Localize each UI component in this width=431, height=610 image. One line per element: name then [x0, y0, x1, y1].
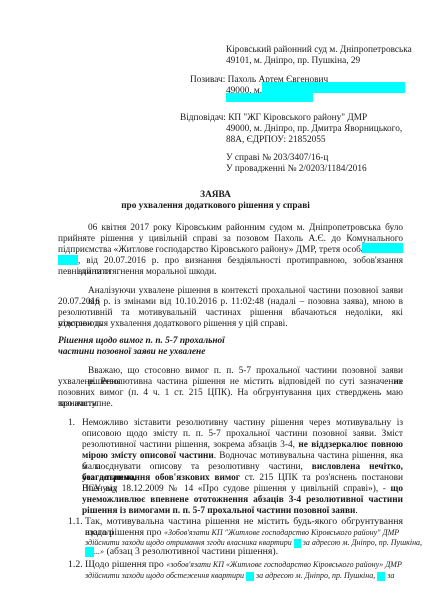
defendant-address-1: 49000, м. Дніпро, пр. Дмитра Яворницьког…: [226, 124, 402, 135]
item1-1-line2-quote: «Зобов'язати КП "Житлове господарство Кі…: [164, 528, 399, 537]
p2-line2: 20.07.2016 р. із змінами від 10.10.2016 …: [58, 297, 403, 308]
item1-line3: резолютивної частини рішення, зокрема аб…: [82, 440, 403, 451]
item1-number: 1.: [68, 418, 75, 429]
item1-line7-text: ВСУ від 18.12.2009 № 14 «Про судове ріше…: [82, 484, 391, 494]
item1-2-number: 1.2.: [68, 559, 83, 570]
item1-1-line4-text: (абзац 3 резолютивної частини рішення).: [104, 546, 278, 557]
item1-line8: унеможливлює впевнене ототожнення абзаці…: [82, 495, 403, 506]
item1-2-line1-text: Щодо рішення про: [85, 559, 166, 570]
item1-2-line2-a: здійснити заходи щодо обстеження квартир…: [85, 571, 246, 580]
item1-2-line2-c: за: [385, 571, 394, 580]
item1-2-line2: здійснити заходи щодо обстеження квартир…: [85, 570, 394, 581]
redacted-house-1: [85, 547, 94, 557]
court-name: Кіровський районний суд м. Дніпропетровс…: [226, 45, 412, 56]
p3-line4: про наступне.: [58, 399, 113, 410]
item1-line7: ВСУ від 18.12.2009 № 14 «Про судове ріше…: [82, 484, 403, 495]
item1-line2: описовою щодо змісту п. п. 5-7 прохально…: [82, 429, 403, 440]
item1-line6-bold: без дотримання обов'язкових вимог: [82, 473, 240, 483]
redacted-apartment-2: [246, 572, 254, 581]
p1-line3: підприємства «Житлове господарство Кіров…: [58, 245, 370, 256]
section-heading-line2: частини позовної заяви не ухвалене: [58, 347, 205, 358]
item1-2-line1-quote: «зобов'язати КП «Житлове господарство Кі…: [166, 560, 402, 569]
item1-line7-bold: що: [391, 484, 404, 494]
item1-2-line2-b: за адресою м. Дніпро, пр. Пушкіна,: [254, 571, 377, 580]
p1-line2: прийняте рішення у цивільній справі за п…: [58, 234, 403, 245]
item1-1-line3-b: за адресою м. Дніпро, пр. Пушкіна,: [301, 538, 422, 547]
proceeding-number: У провадженні № 2/0203/1184/2016: [226, 164, 367, 175]
defendant-line: Відповідач: КП "ЖГ Кіровського району" Д…: [180, 113, 367, 124]
item1-line9-bold: рішення із вимогами п. п. 5-7 прохальної…: [82, 506, 355, 516]
case-number: У справі № 203/3407/16-ц: [226, 153, 328, 164]
item1-1-number: 1.1.: [68, 516, 83, 527]
item1-line1: Неможливо зіставити резолютивну частину …: [82, 418, 403, 429]
item1-line3-bold: не віддзеркалює повною: [298, 440, 403, 450]
court-address: 49101, м. Дніпро, пр. Пушкіна, 29: [226, 56, 360, 67]
redacted-third-party: [362, 243, 403, 253]
p1-line1: 06 квітня 2017 року Кіровським районним …: [88, 223, 403, 234]
item1-line3-text: резолютивної частини рішення, зокрема аб…: [82, 440, 298, 450]
item1-1-line4: ...» (абзац 3 резолютивної частини рішен…: [85, 546, 278, 558]
item1-line4-bold: мірою змісту описової частини: [82, 451, 214, 461]
p3-line2: ухвалене. Резолютивна частина рішення не…: [58, 377, 403, 388]
redacted-plaintiff-address-2: [226, 93, 313, 102]
document-subtitle: про ухвалення додаткового рішення у спра…: [0, 201, 431, 212]
redacted-third-party-cont: [58, 255, 78, 265]
item1-1-line4-quote-end: ...»: [94, 547, 104, 556]
p2-line4: підстави для ухвалення додаткового рішен…: [58, 319, 288, 330]
defendant-address-2: 88А, ЄДРПОУ: 21852055: [226, 135, 326, 146]
document-title: ЗАЯВА: [0, 190, 431, 201]
document-page: Кіровський районний суд м. Дніпропетровс…: [0, 0, 431, 610]
item1-line5-text: б поєднувати описову та резолютивну част…: [82, 462, 312, 472]
redacted-plaintiff-address-1: [262, 82, 405, 93]
redacted-apartment-1: [294, 539, 301, 548]
section-heading-line1: Рішення щодо вимог п. п. 5-7 прохальної: [58, 336, 225, 347]
defendant-name: КП "ЖГ Кіровського району" ДМР: [228, 113, 367, 123]
p1-line5: певні дії та стягнення моральної шкоди.: [58, 267, 216, 278]
defendant-label: Відповідач:: [180, 113, 226, 123]
plaintiff-label: Позивач:: [190, 75, 225, 85]
item1-line9-end: .: [355, 506, 357, 516]
